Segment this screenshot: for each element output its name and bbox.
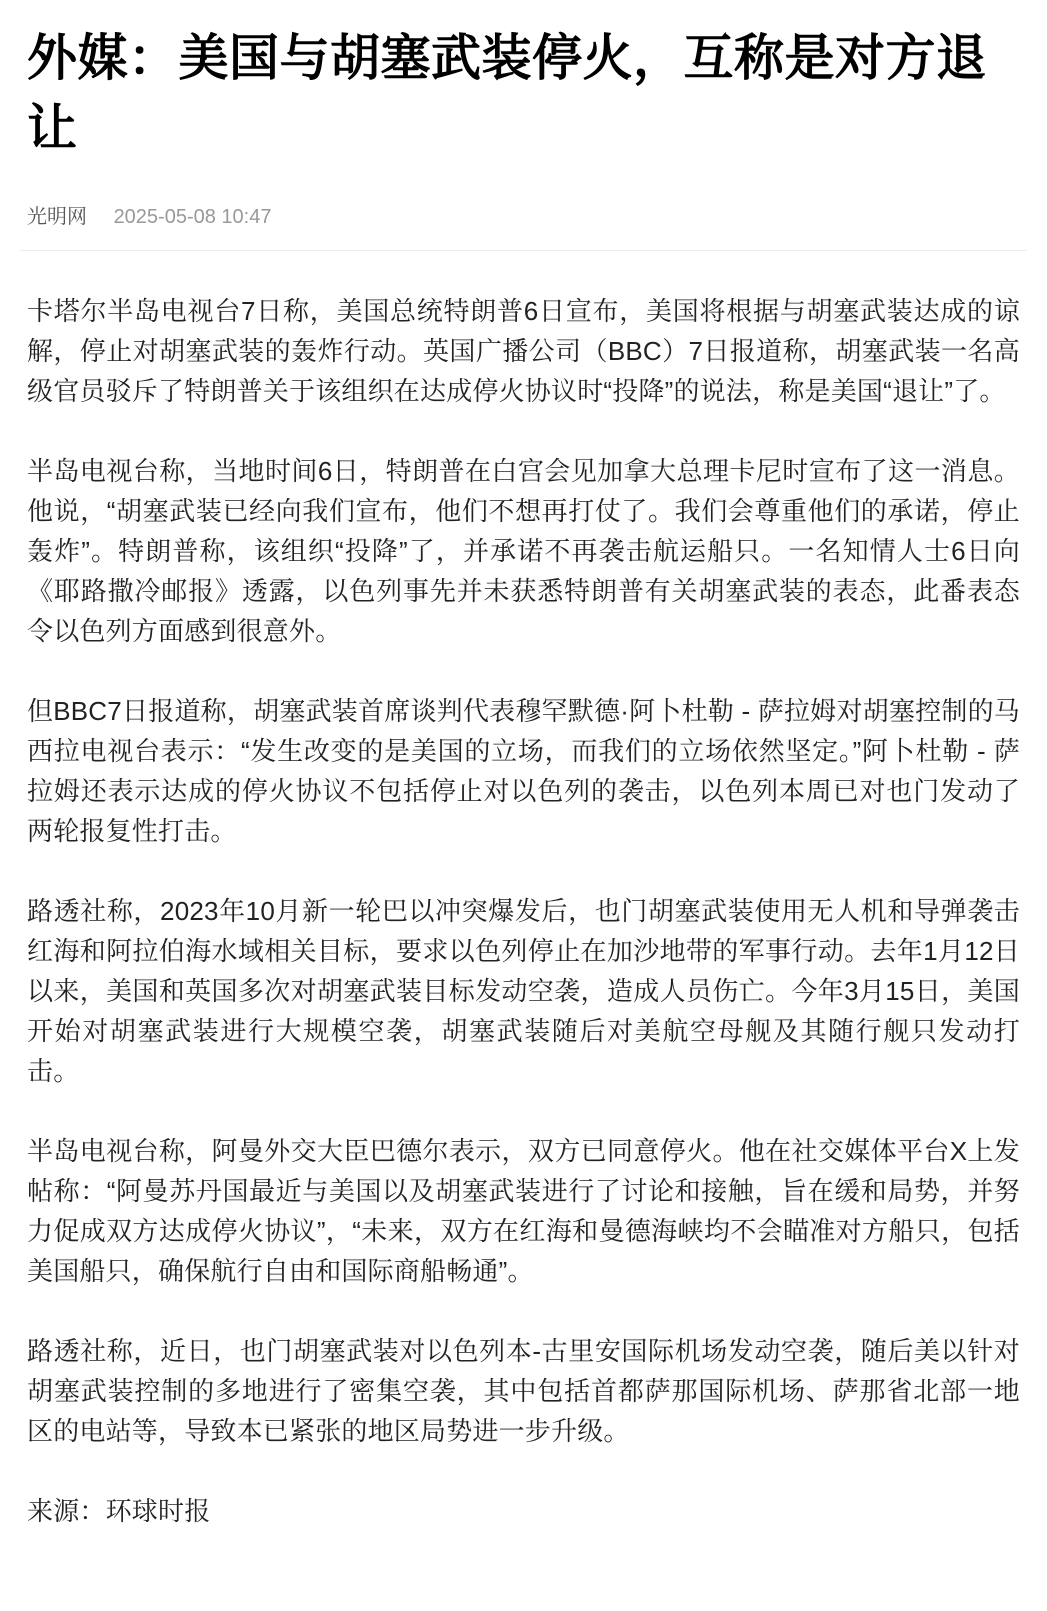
article-meta: 光明网 2025-05-08 10:47 [27,206,1020,229]
article-body: 卡塔尔半岛电视台7日称，美国总统特朗普6日宣布，美国将根据与胡塞武装达成的谅解，… [27,291,1020,1531]
article-paragraph-1: 卡塔尔半岛电视台7日称，美国总统特朗普6日宣布，美国将根据与胡塞武装达成的谅解，… [27,291,1020,411]
article-paragraph-4: 路透社称，2023年10月新一轮巴以冲突爆发后，也门胡塞武装使用无人机和导弹袭击… [27,891,1020,1091]
article-page: 外媒：美国与胡塞武装停火，互称是对方退让 光明网 2025-05-08 10:4… [0,0,1047,1611]
article-source: 光明网 [27,206,87,228]
article-paragraph-5: 半岛电视台称，阿曼外交大臣巴德尔表示，双方已同意停火。他在社交媒体平台X上发帖称… [27,1131,1020,1291]
article-title: 外媒：美国与胡塞武装停火，互称是对方退让 [27,23,1020,163]
article-footer-source: 来源：环球时报 [27,1491,1020,1531]
article-paragraph-6: 路透社称，近日，也门胡塞武装对以色列本-古里安国际机场发动空袭，随后美以针对胡塞… [27,1331,1020,1451]
header-divider [20,250,1027,251]
publish-timestamp: 2025-05-08 10:47 [114,206,272,228]
article-paragraph-2: 半岛电视台称，当地时间6日，特朗普在白宫会见加拿大总理卡尼时宣布了这一消息。他说… [27,451,1020,651]
article-paragraph-3: 但BBC7日报道称，胡塞武装首席谈判代表穆罕默德·阿卜杜勒 - 萨拉姆对胡塞控制… [27,691,1020,851]
